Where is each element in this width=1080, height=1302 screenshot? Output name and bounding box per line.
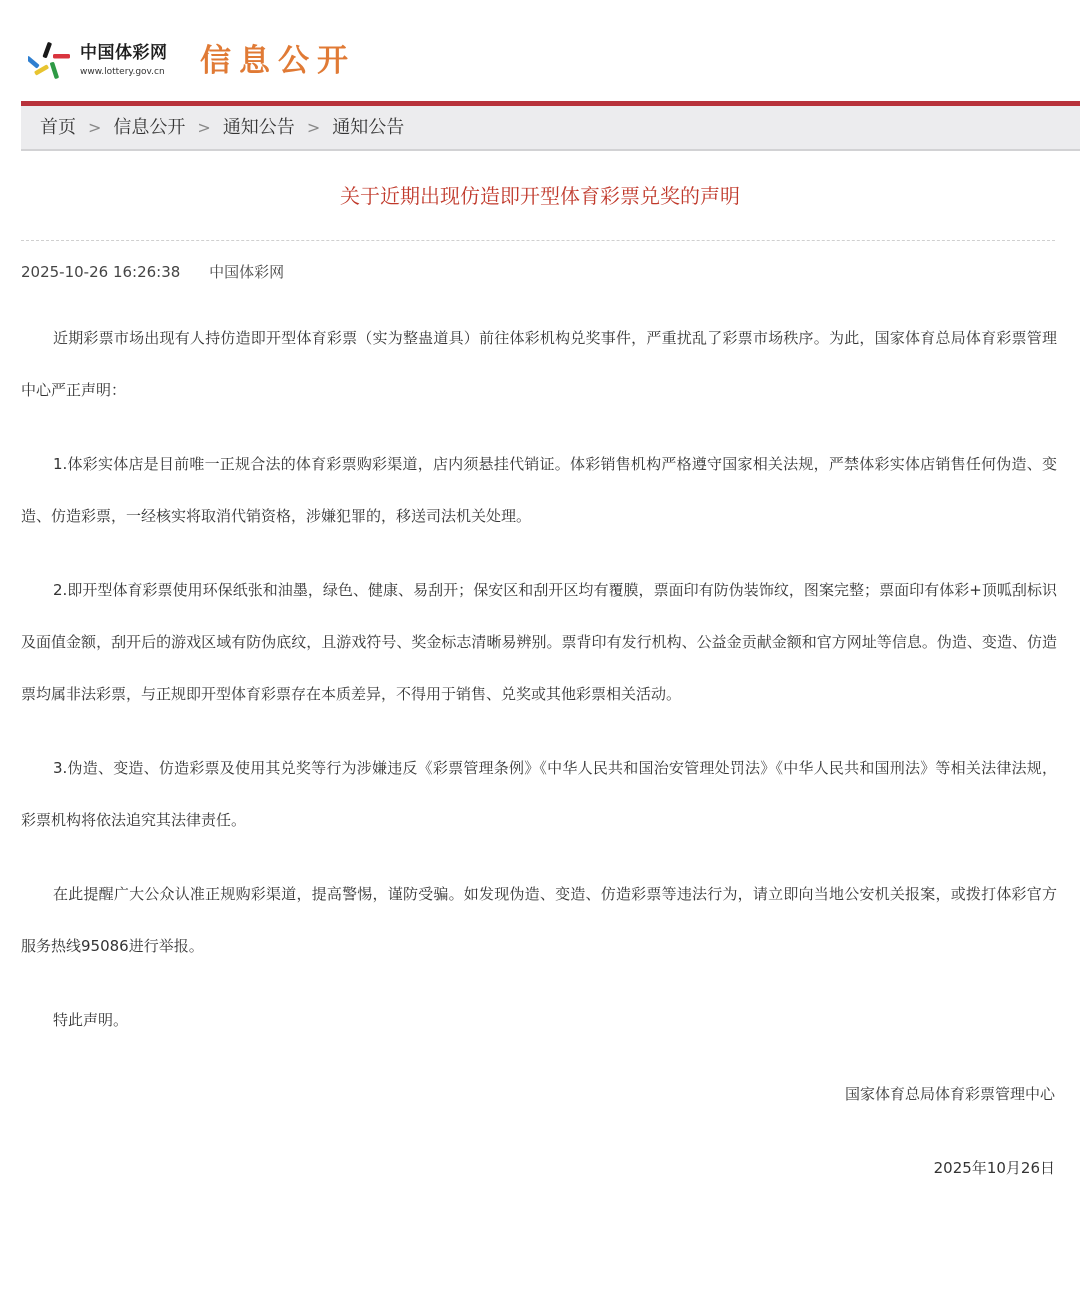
section-title: 信息公开 [200,42,356,80]
site-url: www.lottery.gov.cn [80,66,168,78]
paragraph-reminder: 在此提醒广大公众认准正规购彩渠道，提高警惕，谨防受骗。如发现伪造、变造、仿造彩票… [21,868,1057,972]
site-header: 中国体彩网 www.lottery.gov.cn 信息公开 [0,0,1080,100]
breadcrumb-separator: > [88,116,101,140]
site-name: 中国体彩网 [80,43,168,63]
breadcrumb-separator: > [307,116,320,140]
paragraph-closing: 特此声明。 [21,994,1057,1046]
paragraph-intro: 近期彩票市场出现有人持仿造即开型体育彩票（实为整蛊道具）前往体彩机构兑奖事件，严… [21,312,1057,416]
breadcrumb-notices[interactable]: 通知公告 [223,116,295,140]
breadcrumb-info-disclosure[interactable]: 信息公开 [113,116,185,140]
article-title: 关于近期出现仿造即开型体育彩票兑奖的声明 [0,181,1080,211]
article-body: 近期彩票市场出现有人持仿造即开型体育彩票（实为整蛊道具）前往体彩机构兑奖事件，严… [21,312,1057,1216]
breadcrumb: 首页 > 信息公开 > 通知公告 > 通知公告 [21,106,1080,151]
paragraph-point-1: 1.体彩实体店是目前唯一正规合法的体育彩票购彩渠道，店内须悬挂代销证。体彩销售机… [21,438,1057,542]
paragraph-point-3: 3.伪造、变造、仿造彩票及使用其兑奖等行为涉嫌违反《彩票管理条例》《中华人民共和… [21,742,1057,846]
site-logo-text[interactable]: 中国体彩网 www.lottery.gov.cn [80,43,168,78]
publish-datetime: 2025-10-26 16:26:38 [21,263,180,281]
breadcrumb-home[interactable]: 首页 [40,116,76,140]
lottery-star-icon[interactable] [28,40,72,82]
signature-organization: 国家体育总局体育彩票管理中心 [21,1068,1057,1120]
breadcrumb-notices-current[interactable]: 通知公告 [332,116,404,140]
title-divider [21,240,1055,241]
article-source: 中国体彩网 [209,263,284,281]
signature-date: 2025年10月26日 [21,1142,1057,1194]
breadcrumb-separator: > [197,116,210,140]
paragraph-point-2: 2.即开型体育彩票使用环保纸张和油墨，绿色、健康、易刮开；保安区和刮开区均有覆膜… [21,564,1057,720]
article-meta: 2025-10-26 16:26:38 中国体彩网 [21,261,284,283]
